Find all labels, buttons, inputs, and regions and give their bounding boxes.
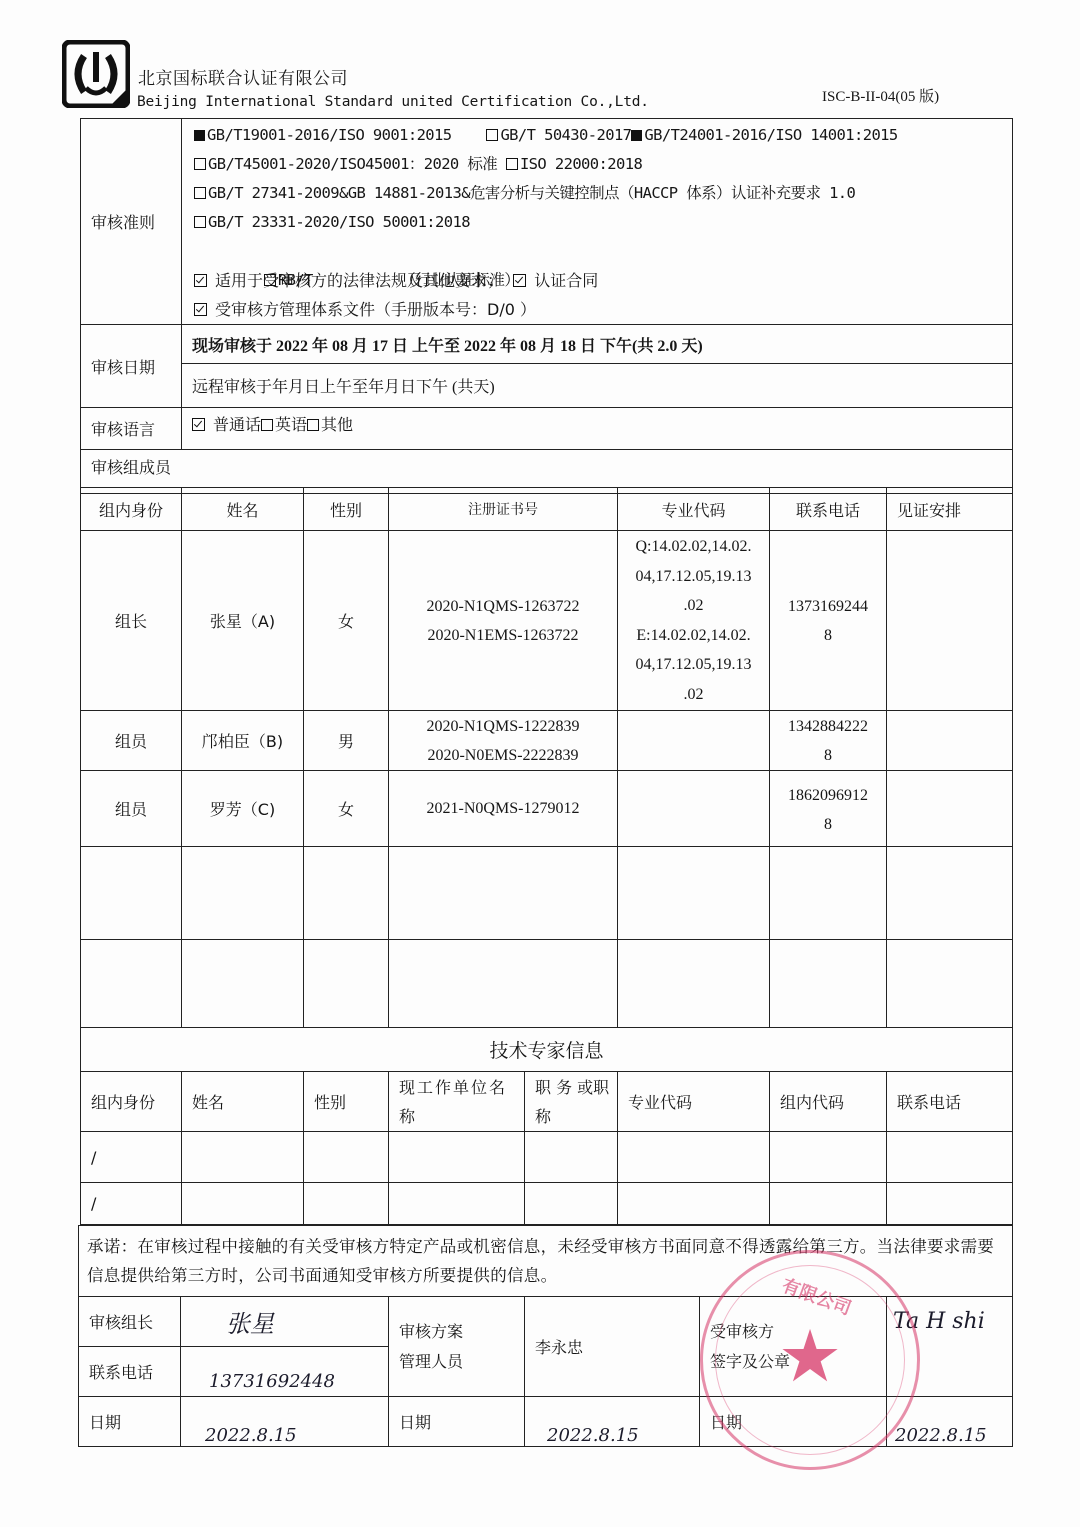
col-gender: 性别 [304, 1072, 389, 1132]
member-codes [618, 771, 770, 847]
member-cert: 2020-N1QMS-1263722 2020-N1EMS-1263722 [389, 531, 618, 711]
audit-language-label: 审核语言 [81, 408, 182, 450]
criteria-line-3: GB/T 27341-2009&GB 14881-2013&危害分析与关键控制点… [182, 179, 1012, 208]
expert-role: / [81, 1183, 182, 1225]
checked-checkbox-icon[interactable] [192, 418, 205, 431]
program-date[interactable]: 2022.8.15 [525, 1397, 700, 1447]
empty-checkbox-icon[interactable] [261, 419, 273, 431]
audit-plan-form: 审核准则 GB/T19001-2016/ISO 9001:2015 GB/T 5… [80, 118, 1013, 494]
criteria-label: 审核准则 [81, 119, 182, 325]
auditee-label: 受审核方 签字及公章 [700, 1297, 887, 1397]
member-witness [887, 531, 1013, 711]
member-phone: 1373169244 8 [770, 531, 887, 711]
empty-checkbox-icon[interactable] [194, 187, 206, 199]
member-name: 邝柏臣（B) [182, 711, 304, 771]
criteria-line-6: 适用于受审核方的法律法规及其他要求； 认证合同 [182, 266, 1012, 295]
commitment-text: 承诺：在审核过程中接触的有关受审核方特定产品或机密信息，未经受审核方书面同意不得… [79, 1226, 1013, 1297]
member-name: 张星（A) [182, 531, 304, 711]
criteria-line-2: GB/T45001-2020/ISO45001：2020 标准 ISO 2200… [182, 150, 1012, 179]
filled-checkbox-icon[interactable] [194, 130, 205, 141]
program-date-label: 日期 [389, 1397, 525, 1447]
empty-checkbox-icon[interactable] [194, 216, 206, 228]
audit-language-options: 普通话英语其他 [182, 408, 1013, 450]
signature-table: 承诺：在审核过程中接触的有关受审核方特定产品或机密信息，未经受审核方书面同意不得… [78, 1225, 1013, 1447]
audit-date-label: 审核日期 [81, 325, 182, 408]
document-code: ISC-B-II-04(05 版) [822, 85, 939, 106]
checked-checkbox-icon[interactable] [194, 274, 207, 287]
auditee-date[interactable]: 2022.8.15 [887, 1397, 1013, 1447]
col-phone: 联系电话 [770, 488, 887, 531]
remote-audit-date: 远程审核于年月日上午至年月日下午 (共天) [182, 364, 1013, 408]
member-cert: 2021-N0QMS-1279012 [389, 771, 618, 847]
table-row: / [81, 1132, 1013, 1183]
audit-team-table: 组内身份 姓名 性别 注册证书号 专业代码 联系电话 见证安排 组长 张星（A)… [80, 487, 1013, 1028]
empty-checkbox-icon[interactable] [307, 419, 319, 431]
col-gender: 性别 [304, 488, 389, 531]
criteria-line-1: GB/T19001-2016/ISO 9001:2015 GB/T 50430-… [182, 121, 1012, 150]
leader-date-label: 日期 [79, 1397, 181, 1447]
company-name-cn: 北京国标联合认证有限公司 [138, 64, 348, 89]
member-codes [618, 711, 770, 771]
program-manager-name: 李永忠 [525, 1297, 700, 1397]
member-role: 组员 [81, 771, 182, 847]
checked-checkbox-icon[interactable] [194, 303, 207, 316]
col-name: 姓名 [182, 1072, 304, 1132]
empty-table-row [81, 847, 1013, 940]
criteria-line-4: GB/T 23331-2020/ISO 50001:2018 [182, 208, 1012, 237]
col-cert-no: 注册证书号 [389, 488, 618, 531]
col-role: 组内身份 [81, 1072, 182, 1132]
col-specialty-code: 专业代码 [618, 1072, 770, 1132]
member-witness [887, 771, 1013, 847]
auditee-signature[interactable]: Ta H shi [887, 1297, 1013, 1397]
program-manager-label: 审核方案 管理人员 [389, 1297, 525, 1397]
col-group-code: 组内代码 [770, 1072, 887, 1132]
leader-label: 审核组长 [79, 1297, 181, 1347]
member-gender: 女 [304, 771, 389, 847]
member-phone: 1862096912 8 [770, 771, 887, 847]
table-row: / [81, 1183, 1013, 1225]
col-role: 组内身份 [81, 488, 182, 531]
experts-title: 技术专家信息 [81, 1028, 1013, 1072]
col-name: 姓名 [182, 488, 304, 531]
experts-header-row: 组内身份 姓名 性别 现工作单位名称 职 务 或职称 专业代码 组内代码 联系电… [81, 1072, 1013, 1132]
member-codes: Q:14.02.02,14.02. 04,17.12.05,19.13 .02 … [618, 531, 770, 711]
team-header-row: 组内身份 姓名 性别 注册证书号 专业代码 联系电话 见证安排 [81, 488, 1013, 531]
member-phone: 1342884222 8 [770, 711, 887, 771]
member-role: 组长 [81, 531, 182, 711]
col-specialty-code: 专业代码 [618, 488, 770, 531]
table-row: 组员 罗芳（C) 女 2021-N0QMS-1279012 1862096912… [81, 771, 1013, 847]
criteria-content: GB/T19001-2016/ISO 9001:2015 GB/T 50430-… [182, 119, 1013, 325]
checked-checkbox-icon[interactable] [513, 274, 526, 287]
criteria-line-5: RB/T （行业认证标准） [182, 237, 1012, 266]
table-row: 组长 张星（A) 女 2020-N1QMS-1263722 2020-N1EMS… [81, 531, 1013, 711]
company-name-en: Beijing International Standard united Ce… [137, 94, 649, 110]
member-name: 罗芳（C) [182, 771, 304, 847]
col-employer: 现工作单位名称 [389, 1072, 525, 1132]
expert-role: / [81, 1132, 182, 1183]
leader-signature[interactable]: 张星 [181, 1297, 389, 1347]
member-gender: 女 [304, 531, 389, 711]
empty-checkbox-icon[interactable] [486, 129, 498, 141]
member-cert: 2020-N1QMS-1222839 2020-N0EMS-2222839 [389, 711, 618, 771]
empty-checkbox-icon[interactable] [506, 158, 518, 170]
filled-checkbox-icon[interactable] [631, 130, 642, 141]
col-witness: 见证安排 [887, 488, 1013, 531]
col-phone: 联系电话 [887, 1072, 1013, 1132]
technical-experts-table: 技术专家信息 组内身份 姓名 性别 现工作单位名称 职 务 或职称 专业代码 组… [80, 1027, 1013, 1225]
leader-date[interactable]: 2022.8.15 [181, 1397, 389, 1447]
company-logo [62, 40, 130, 108]
onsite-audit-date: 现场审核于 2022 年 08 月 17 日 上午至 2022 年 08 月 1… [182, 325, 1013, 364]
criteria-line-7: 受审核方管理体系文件（手册版本号：D/0 ） [182, 295, 1012, 324]
empty-table-row [81, 940, 1013, 1028]
member-gender: 男 [304, 711, 389, 771]
member-witness [887, 711, 1013, 771]
member-role: 组员 [81, 711, 182, 771]
table-row: 组员 邝柏臣（B) 男 2020-N1QMS-1222839 2020-N0EM… [81, 711, 1013, 771]
leader-phone[interactable]: 13731692448 [181, 1347, 389, 1397]
col-title: 职 务 或职称 [525, 1072, 618, 1132]
phone-label: 联系电话 [79, 1347, 181, 1397]
auditee-date-label: 日期 [700, 1397, 887, 1447]
empty-checkbox-icon[interactable] [194, 158, 206, 170]
